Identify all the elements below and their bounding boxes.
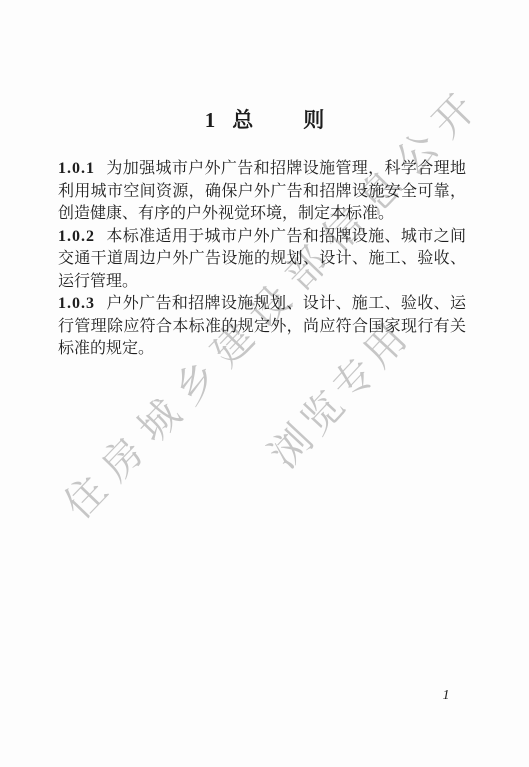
chapter-title-word-2: 则 xyxy=(303,104,324,134)
clause-text: 为加强城市户外广告和招牌设施管理，科学合理地利用城市空间资源，确保户外广告和招牌… xyxy=(58,160,466,222)
clause-list: 1.0.1为加强城市户外广告和招牌设施管理，科学合理地利用城市空间资源，确保户外… xyxy=(58,158,466,361)
page-number: 1 xyxy=(436,688,456,704)
clause-item: 1.0.2本标准适用于城市户外广告和招牌设施、城市之间交通干道周边户外广告设施的… xyxy=(58,226,466,294)
clause-text: 户外广告和招牌设施规划、设计、施工、验收、运行管理除应符合本标准的规定外，尚应符… xyxy=(58,295,466,357)
document-page: 住房城乡建设部信息公开 浏览专用 1 总 则 1.0.1为加强城市户外广告和招牌… xyxy=(0,0,529,767)
clause-item: 1.0.3户外广告和招牌设施规划、设计、施工、验收、运行管理除应符合本标准的规定… xyxy=(58,293,466,361)
clause-item: 1.0.1为加强城市户外广告和招牌设施管理，科学合理地利用城市空间资源，确保户外… xyxy=(58,158,466,226)
chapter-title: 1 总 则 xyxy=(0,104,529,134)
clause-number: 1.0.3 xyxy=(58,295,95,312)
chapter-number: 1 xyxy=(205,108,217,133)
clause-number: 1.0.1 xyxy=(58,160,95,177)
chapter-title-word-1: 总 xyxy=(232,104,253,134)
clause-text: 本标准适用于城市户外广告和招牌设施、城市之间交通干道周边户外广告设施的规划、设计… xyxy=(58,228,466,290)
clause-number: 1.0.2 xyxy=(58,228,95,245)
